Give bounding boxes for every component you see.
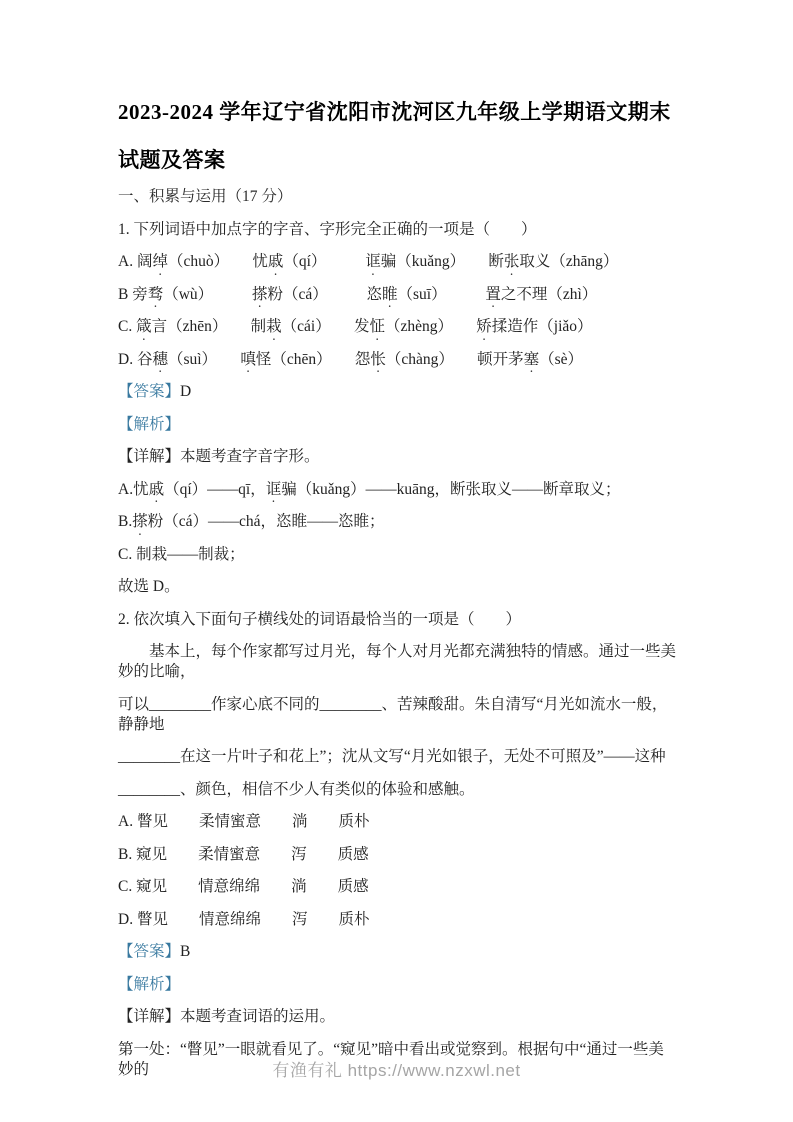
q1-analysis-label: 【解析】	[118, 415, 677, 435]
page-title-line2: 试题及答案	[118, 145, 677, 175]
q2-paragraph-line4: ________、颜色，相信不少人有类似的体验和感触。	[118, 780, 677, 800]
q1-answer-value: D	[180, 383, 191, 400]
q1-explanation-a: A.忧戚（qí）——qī，诓骗（kuǎng）——kuāng，断张取义——断章取义…	[118, 480, 677, 500]
q2-paragraph-line2: 可以________作家心底不同的________、苦辣酸甜。朱自清写“月光如流…	[118, 695, 677, 735]
q1-option-b: B 旁骛（wù） 搽粉（cá） 恣睢（suī） 置之不理（zhì）	[118, 285, 677, 305]
q1-explanation-c: C. 制栽——制裁；	[118, 545, 677, 565]
q2-option-c: C. 窥见 情意绵绵 淌 质感	[118, 877, 677, 897]
q1-conclusion: 故选 D。	[118, 577, 677, 597]
page-title-line1: 2023-2024 学年辽宁省沈阳市沈河区九年级上学期语文期末	[118, 97, 677, 127]
q1-option-d: D. 谷穗（suì） 嗔怪（chēn） 怨怅（chàng） 顿开茅塞（sè）	[118, 350, 677, 370]
q2-answer-line: 【答案】B	[118, 942, 677, 962]
q1-option-c: C. 箴言（zhēn） 制栽（cái） 发怔（zhèng） 矫揉造作（jiǎo）	[118, 317, 677, 337]
q2-option-b: B. 窥见 柔情蜜意 泻 质感	[118, 845, 677, 865]
q1-option-a: A. 阔绰（chuò） 忧戚（qí） 诓骗（kuǎng） 断张取义（zhāng）	[118, 252, 677, 272]
q2-option-a: A. 瞥见 柔情蜜意 淌 质朴	[118, 812, 677, 832]
footer-site-link[interactable]: 有渔有礼 https://www.nzxwl.net	[272, 1061, 520, 1080]
q1-answer-line: 【答案】D	[118, 382, 677, 402]
q2-detail: 【详解】本题考查词语的运用。	[118, 1007, 677, 1027]
document-page: 2023-2024 学年辽宁省沈阳市沈河区九年级上学期语文期末 试题及答案 一、…	[0, 0, 793, 1122]
q1-stem: 1. 下列词语中加点字的字音、字形完全正确的一项是（ ）	[118, 220, 677, 240]
q2-paragraph-line1: 基本上，每个作家都写过月光，每个人对月光都充满独特的情感。通过一些美妙的比喻，	[118, 642, 677, 682]
q2-answer-value: B	[180, 943, 190, 960]
q2-answer-label: 【答案】	[118, 943, 180, 960]
q2-analysis-label: 【解析】	[118, 975, 677, 995]
q1-detail: 【详解】本题考查字音字形。	[118, 447, 677, 467]
q2-option-d: D. 瞥见 情意绵绵 泻 质朴	[118, 910, 677, 930]
q1-explanation-b: B.搽粉（cá）——chá，恣睢——恣睢；	[118, 512, 677, 532]
section-heading: 一、积累与运用（17 分）	[118, 187, 677, 207]
footer-watermark: 有渔有礼 https://www.nzxwl.net	[0, 1056, 793, 1081]
q2-stem: 2. 依次填入下面句子横线处的词语最恰当的一项是（ ）	[118, 610, 677, 630]
q1-answer-label: 【答案】	[118, 383, 180, 400]
q2-paragraph-line3: ________在这一片叶子和花上”；沈从文写“月光如银子，无处不可照及”——这…	[118, 747, 677, 767]
